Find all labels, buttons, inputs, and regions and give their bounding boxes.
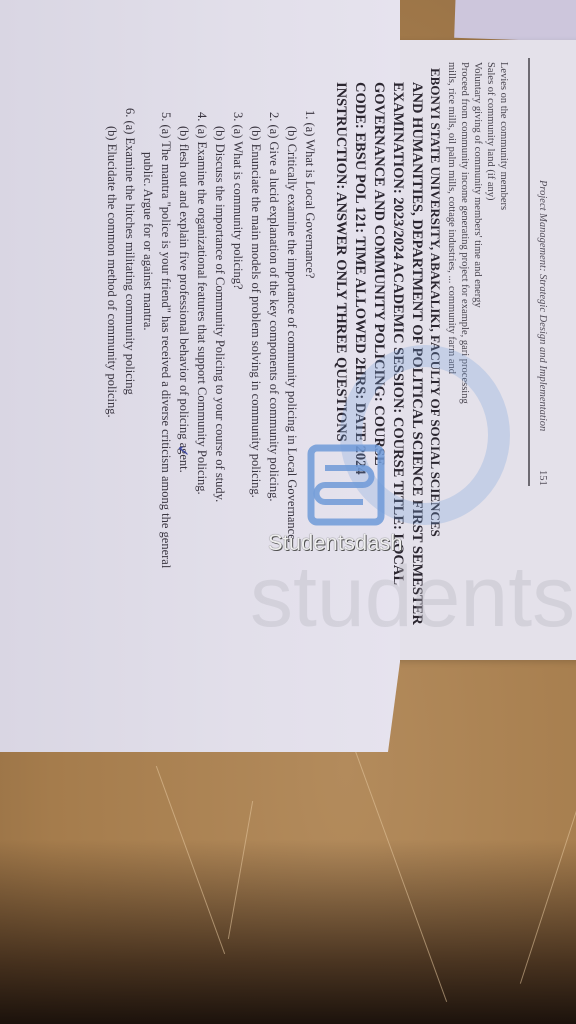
question-4b: (b) flesh out and explain five professio… bbox=[175, 126, 193, 473]
book-excerpt-line: Voluntary giving of community members' t… bbox=[471, 62, 484, 308]
handwritten-tick-icon: ✓ bbox=[173, 444, 193, 457]
book-excerpt-line: Sales of community land (if any) bbox=[484, 62, 497, 201]
question-2a: 2. (a) Give a lucid explanation of the k… bbox=[265, 112, 283, 501]
question-4a: 4. (a) Examine the organizational featur… bbox=[193, 112, 211, 495]
question-5a: 5. (a) The mantra "police is your friend… bbox=[157, 112, 175, 568]
question-1a: 1. (a) What is Local Governance? bbox=[301, 110, 319, 278]
book-excerpt-line: Levies on the community members bbox=[497, 62, 510, 210]
table-crack bbox=[156, 766, 225, 954]
question-1b: (b) Critically examine the importance of… bbox=[283, 126, 301, 543]
book-corner bbox=[454, 0, 576, 42]
table-crack bbox=[354, 748, 447, 1002]
question-3a: 3. (a) What is community policing? bbox=[229, 112, 247, 290]
question-5a-cont: public. Argue for or against mantra. bbox=[139, 152, 157, 331]
book-excerpt-line: mills, rice mills, oil palm mills, cotta… bbox=[445, 62, 458, 374]
question-2b: (b) Enunciate the main models of problem… bbox=[247, 126, 265, 498]
question-3b: (b) Discuss the importance of Community … bbox=[211, 126, 229, 502]
table-crack bbox=[520, 736, 576, 984]
book-page-number: 151 bbox=[537, 470, 548, 486]
book-running-header: Project Management: Strategic Design and… bbox=[537, 180, 548, 431]
table-crack bbox=[228, 801, 253, 939]
question-6b: (b) Elucidate the common method of commu… bbox=[103, 126, 121, 418]
question-6a: 6. (a) Examine the hitches militating co… bbox=[121, 108, 139, 395]
watermark-large-text: studentsda bbox=[250, 548, 576, 647]
book-header-rule bbox=[528, 58, 530, 486]
studentsdash-logo-icon bbox=[305, 440, 395, 530]
exam-instruction: INSTRUCTION: ANSWER ONLY THREE QUESTIONS bbox=[331, 82, 351, 442]
